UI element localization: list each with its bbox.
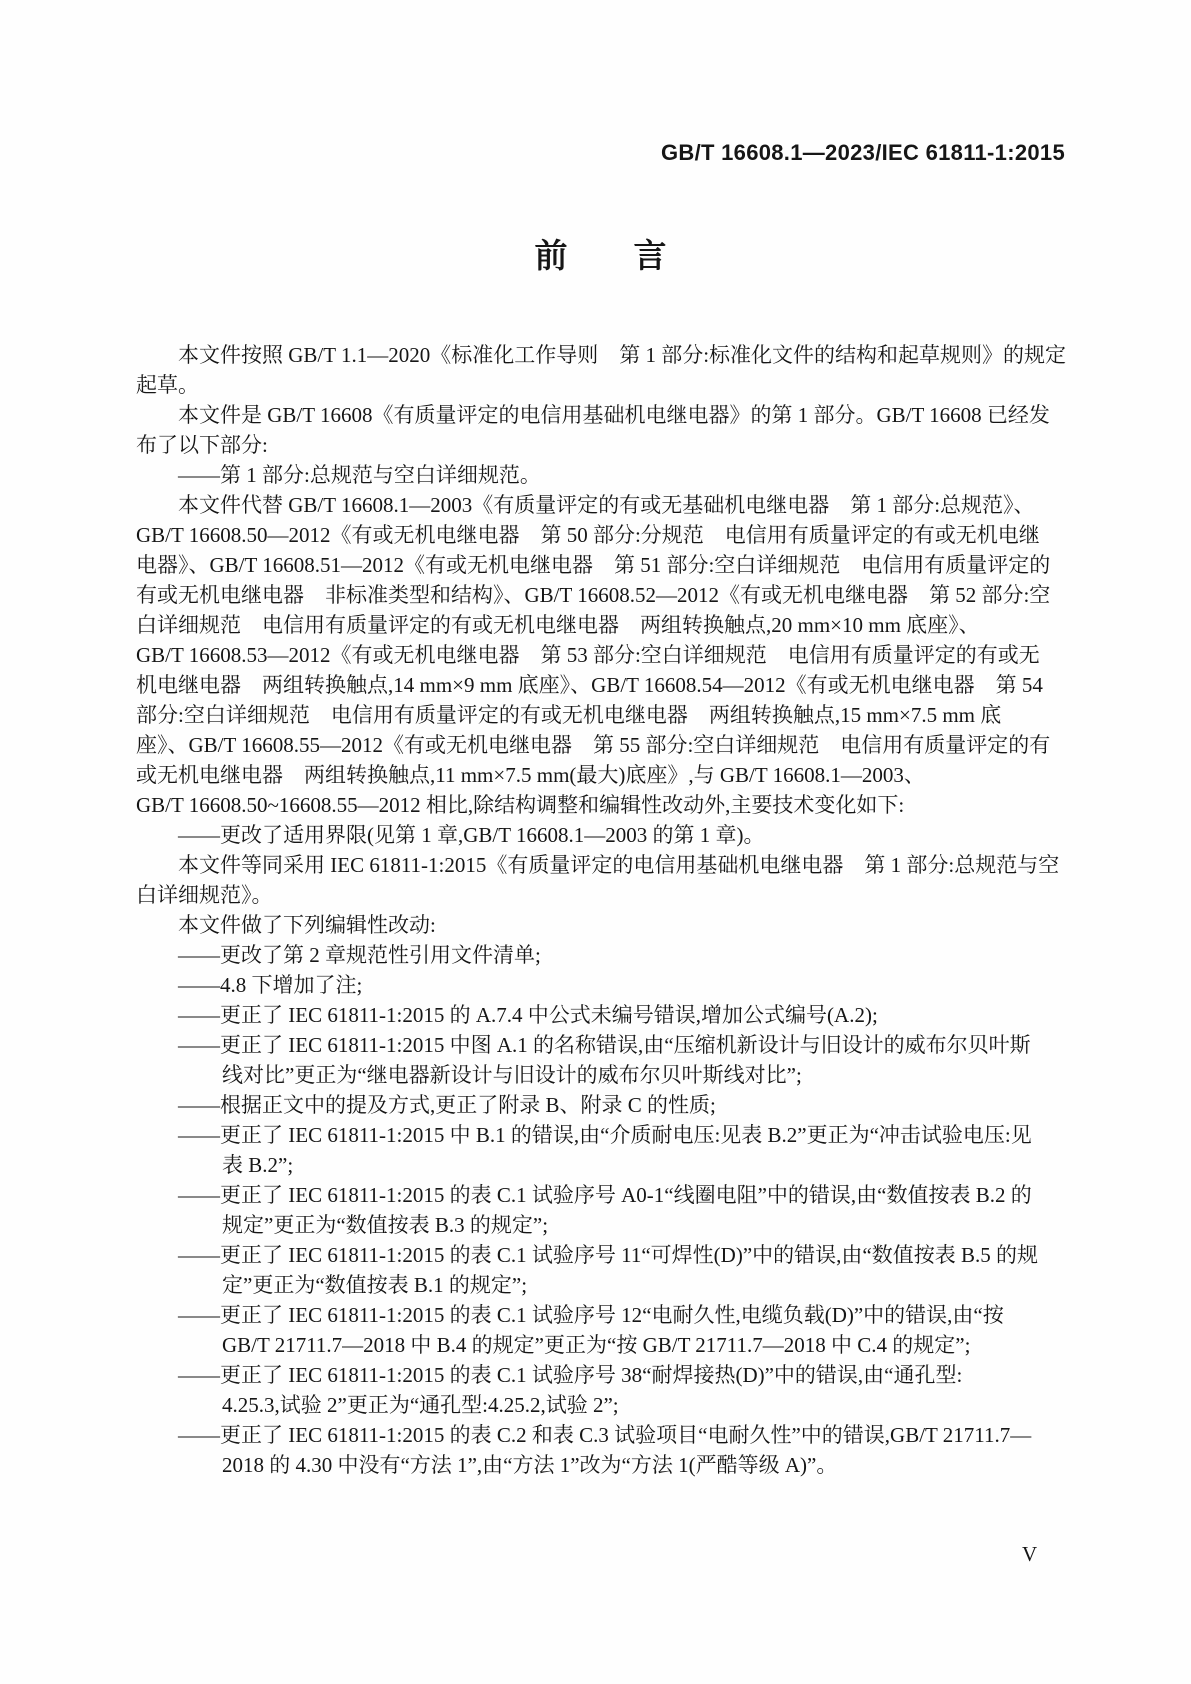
body-line: ——更正了 IEC 61811-1:2015 中图 A.1 的名称错误,由“压缩…	[136, 1030, 1136, 1060]
body-line: ——更正了 IEC 61811-1:2015 的 A.7.4 中公式未编号错误,…	[136, 1000, 1136, 1030]
body-line: 本文件代替 GB/T 16608.1—2003《有质量评定的有或无基础机电继电器…	[136, 490, 1136, 520]
body-line: 本文件做了下列编辑性改动:	[136, 910, 1136, 940]
body-line: GB/T 21711.7—2018 中 B.4 的规定”更正为“按 GB/T 2…	[136, 1330, 1136, 1360]
body-line: 或无机电继电器 两组转换触点,11 mm×7.5 mm(最大)底座》,与 GB/…	[136, 760, 1136, 790]
body-line: 有或无机电继电器 非标准类型和结构》、GB/T 16608.52—2012《有或…	[136, 580, 1136, 610]
body-line: 起草。	[136, 370, 1136, 400]
body-line: 座》、GB/T 16608.55—2012《有或无机电继电器 第 55 部分:空…	[136, 730, 1136, 760]
body-line: GB/T 16608.53—2012《有或无机电继电器 第 53 部分:空白详细…	[136, 640, 1136, 670]
body-line: ——根据正文中的提及方式,更正了附录 B、附录 C 的性质;	[136, 1090, 1136, 1120]
body-line: ——更正了 IEC 61811-1:2015 中 B.1 的错误,由“介质耐电压…	[136, 1120, 1136, 1150]
body-line: ——更正了 IEC 61811-1:2015 的表 C.1 试验序号 12“电耐…	[136, 1300, 1136, 1330]
body-line: 表 B.2”;	[136, 1150, 1136, 1180]
body-line: 白详细规范》。	[136, 880, 1136, 910]
body-line: ——更改了第 2 章规范性引用文件清单;	[136, 940, 1136, 970]
body-line: 白详细规范 电信用有质量评定的有或无机电继电器 两组转换触点,20 mm×10 …	[136, 610, 1136, 640]
page-title: 前 言	[136, 236, 1065, 276]
body-line: ——更正了 IEC 61811-1:2015 的表 C.2 和表 C.3 试验项…	[136, 1420, 1136, 1450]
body-line: 4.25.3,试验 2”更正为“通孔型:4.25.2,试验 2”;	[136, 1390, 1136, 1420]
body-line: 线对比”更正为“继电器新设计与旧设计的威布尔贝叶斯线对比”;	[136, 1060, 1136, 1090]
body-line: GB/T 16608.50—2012《有或无机电继电器 第 50 部分:分规范 …	[136, 520, 1136, 550]
body-line: ——更正了 IEC 61811-1:2015 的表 C.1 试验序号 A0-1“…	[136, 1180, 1136, 1210]
page-number: V	[1022, 1542, 1037, 1567]
body-line: 电器》、GB/T 16608.51—2012《有或无机电继电器 第 51 部分:…	[136, 550, 1136, 580]
document-page: GB/T 16608.1—2023/IEC 61811-1:2015 前 言 本…	[0, 0, 1191, 1684]
body-line: 定”更正为“数值按表 B.1 的规定”;	[136, 1270, 1136, 1300]
body-line: 本文件是 GB/T 16608《有质量评定的电信用基础机电继电器》的第 1 部分…	[136, 400, 1136, 430]
body-line: ——4.8 下增加了注;	[136, 970, 1136, 1000]
foreword-body: 本文件按照 GB/T 1.1—2020《标准化工作导则 第 1 部分:标准化文件…	[136, 340, 1136, 1480]
body-line: 部分:空白详细规范 电信用有质量评定的有或无机电继电器 两组转换触点,15 mm…	[136, 700, 1136, 730]
standard-number-header: GB/T 16608.1—2023/IEC 61811-1:2015	[661, 140, 1065, 166]
body-line: ——第 1 部分:总规范与空白详细规范。	[136, 460, 1136, 490]
body-line: 规定”更正为“数值按表 B.3 的规定”;	[136, 1210, 1136, 1240]
body-line: ——更正了 IEC 61811-1:2015 的表 C.1 试验序号 38“耐焊…	[136, 1360, 1136, 1390]
body-line: 本文件按照 GB/T 1.1—2020《标准化工作导则 第 1 部分:标准化文件…	[136, 340, 1136, 370]
body-line: 机电继电器 两组转换触点,14 mm×9 mm 底座》、GB/T 16608.5…	[136, 670, 1136, 700]
body-line: ——更正了 IEC 61811-1:2015 的表 C.1 试验序号 11“可焊…	[136, 1240, 1136, 1270]
body-line: 布了以下部分:	[136, 430, 1136, 460]
body-line: GB/T 16608.50~16608.55—2012 相比,除结构调整和编辑性…	[136, 790, 1136, 820]
body-line: 本文件等同采用 IEC 61811-1:2015《有质量评定的电信用基础机电继电…	[136, 850, 1136, 880]
body-line: 2018 的 4.30 中没有“方法 1”,由“方法 1”改为“方法 1(严酷等…	[136, 1450, 1136, 1480]
body-line: ——更改了适用界限(见第 1 章,GB/T 16608.1—2003 的第 1 …	[136, 820, 1136, 850]
